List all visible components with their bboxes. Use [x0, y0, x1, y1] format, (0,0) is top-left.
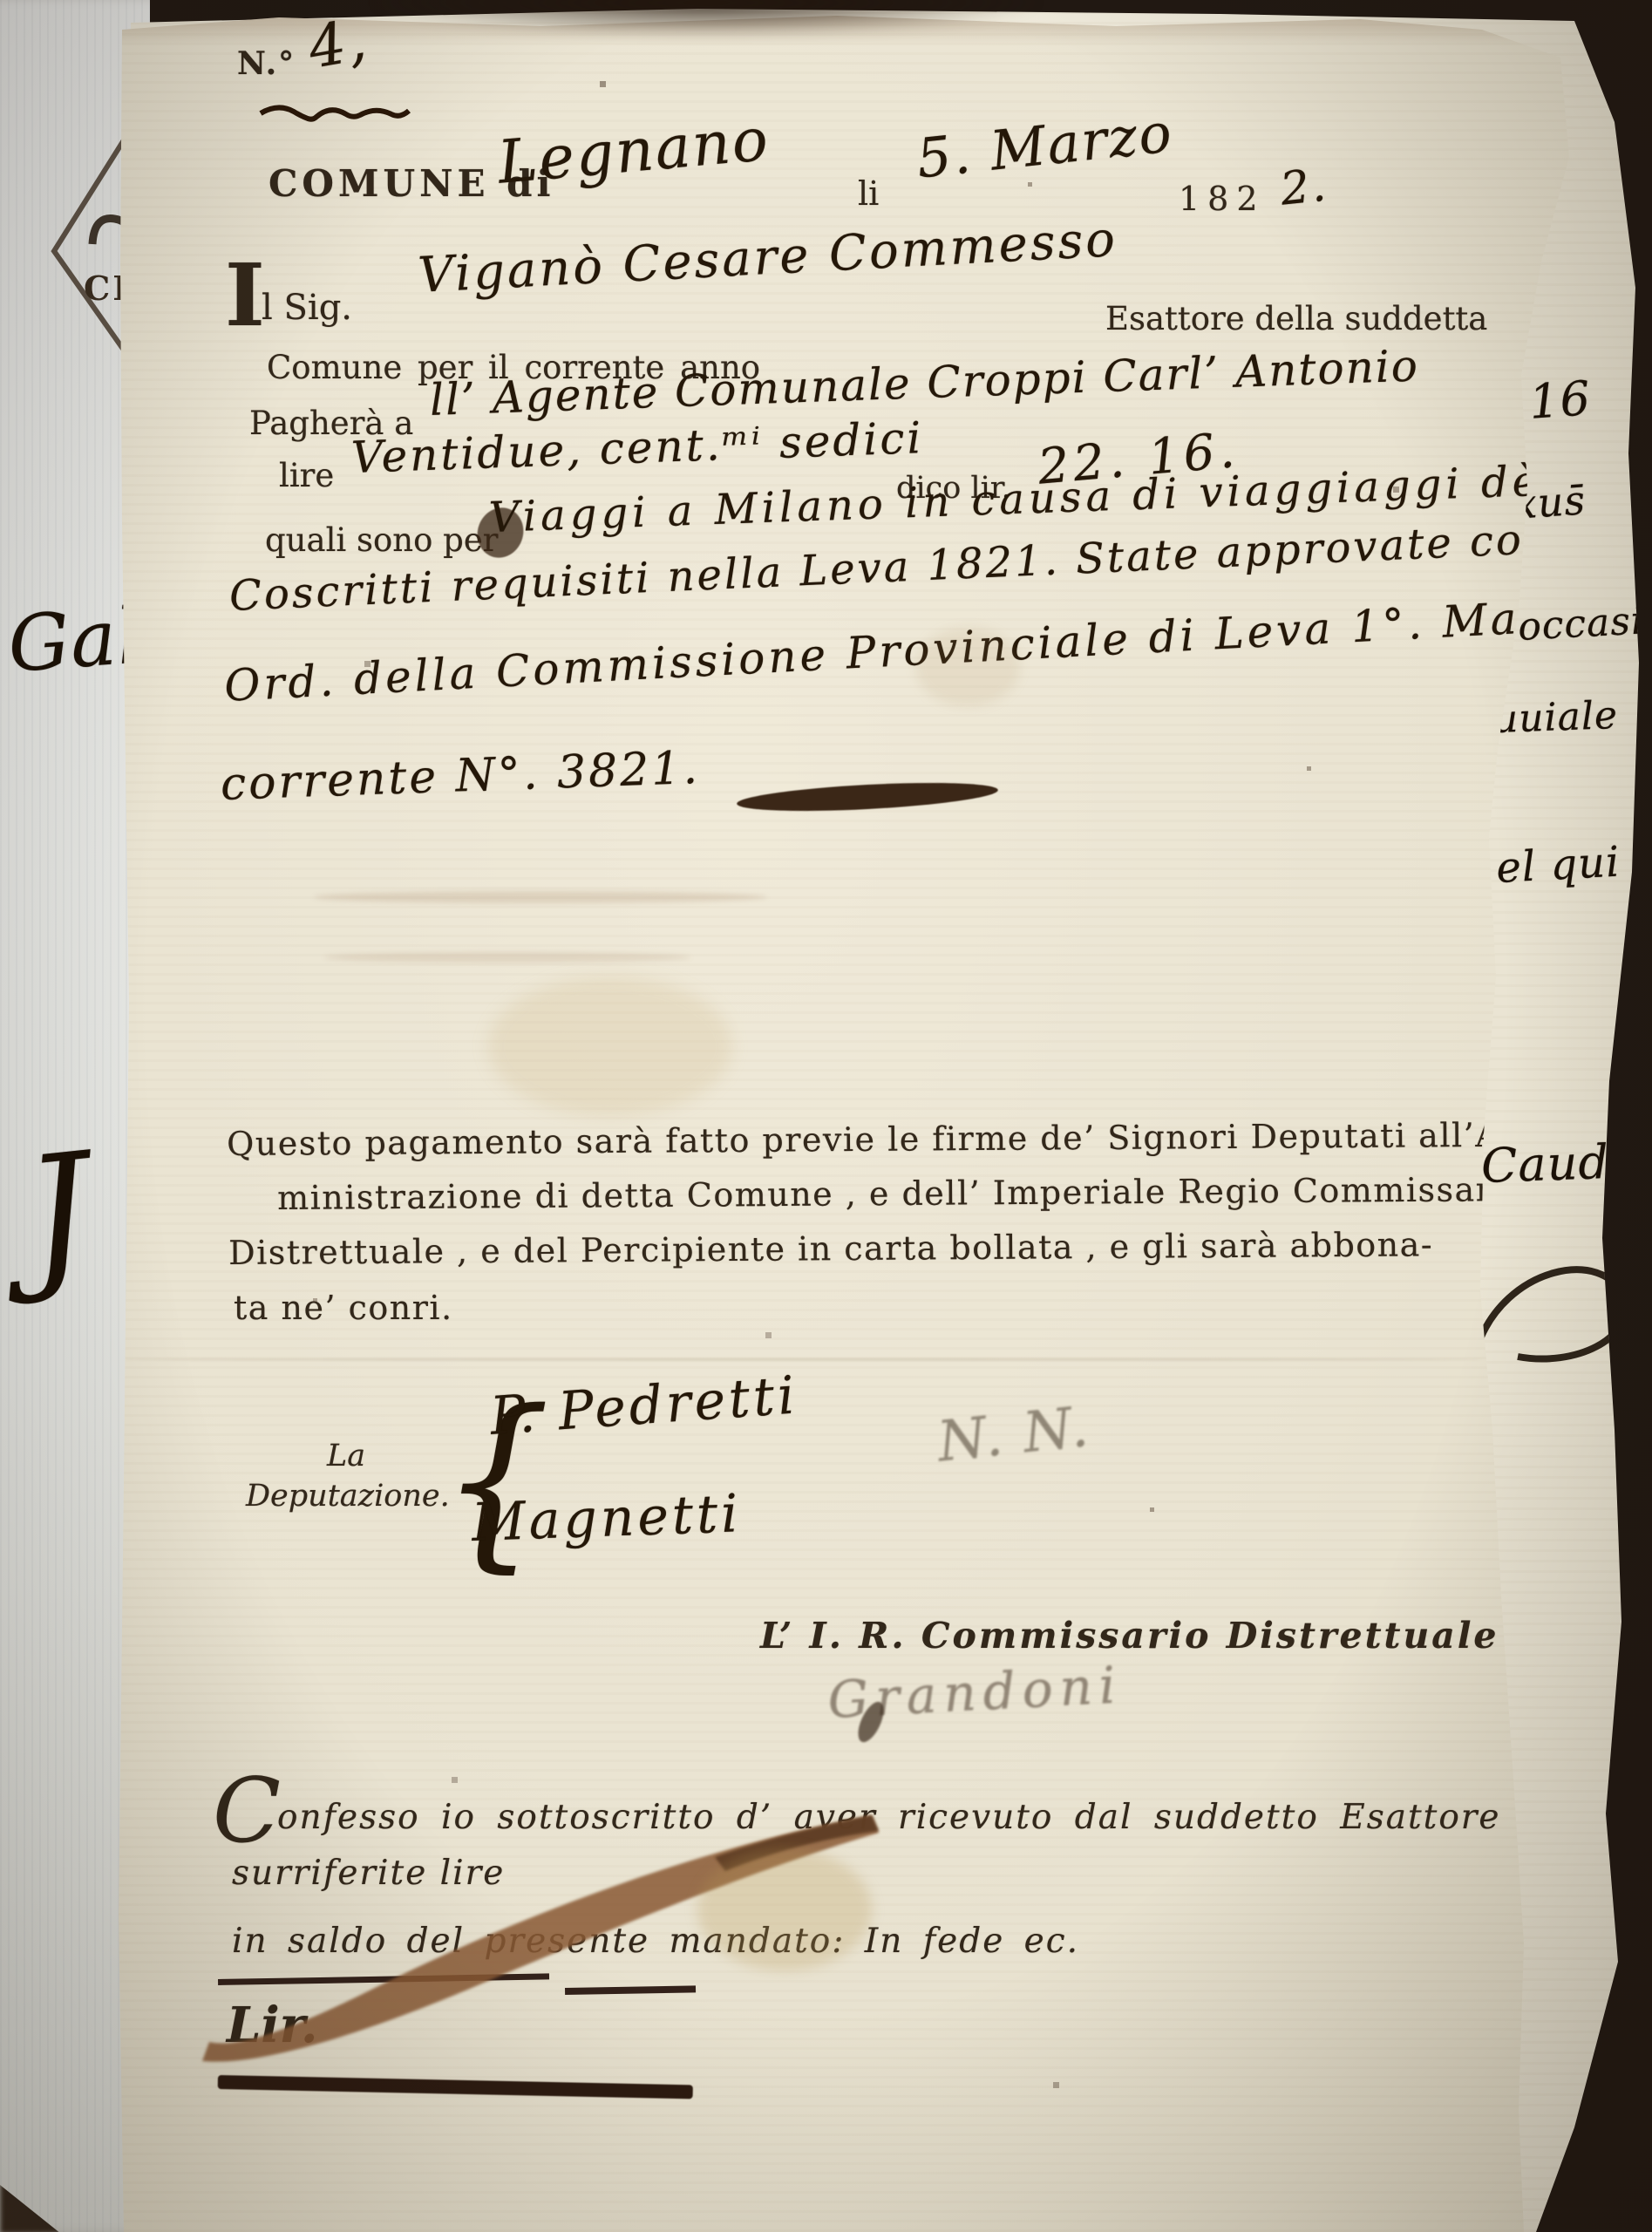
- clause-line-1: Questo pagamento sarà fatto previe le fi…: [227, 1115, 1546, 1163]
- reason-line-4: corrente N°. 3821.: [220, 742, 701, 811]
- right-fragment-16: 16: [1527, 371, 1593, 430]
- right-fragment-elqui: el qui: [1495, 838, 1621, 893]
- faint-nn-marks: N. N.: [935, 1395, 1093, 1475]
- crease-line: [122, 1358, 1482, 1361]
- deputazione-label: Deputazione.: [246, 1479, 450, 1514]
- scanned-document-photo: CF Gab J 16 xus̄ occasio uuiale el qui C…: [0, 0, 1652, 2232]
- right-fragment-uuiale: uuiale: [1492, 693, 1619, 742]
- clause-line-4: ta ne’ conri.: [234, 1289, 453, 1327]
- commissario-label: L’ I. R. Commissario Distrettuale: [760, 1615, 1499, 1657]
- paper-stain: [697, 1848, 872, 1970]
- deputato-signature-2: Magnetti: [471, 1483, 742, 1554]
- top-edge-shadow: [366, 0, 1046, 37]
- year-printed: 182: [1179, 180, 1266, 218]
- date-value: 5. Marzo: [914, 100, 1176, 190]
- comune-value: Legnano: [495, 105, 772, 198]
- number-label: N.°: [237, 45, 296, 82]
- ink-dash-smear: [736, 778, 998, 816]
- paper-stain: [488, 976, 732, 1116]
- lire-label: lire: [279, 457, 334, 494]
- date-li-label: li: [858, 174, 879, 213]
- left-margin-fragment-bottom: J: [17, 1119, 100, 1308]
- esattore-line: Esattore della suddetta: [1105, 300, 1487, 337]
- bleedthrough-streak: [314, 891, 767, 903]
- il-dropcap: I: [225, 246, 265, 346]
- paper-stain: [915, 628, 1020, 706]
- bleedthrough-streak: [324, 952, 690, 963]
- payer-name: Viganò Cesare Commesso: [417, 211, 1118, 304]
- clause-line-2: ministrazione di detta Comune , e dell’ …: [277, 1170, 1526, 1217]
- number-flourish: [257, 101, 414, 124]
- deputazione-la: La: [327, 1439, 365, 1473]
- left-bottom-shadow: [0, 2173, 61, 2232]
- il-sig-label: l Sig.: [262, 288, 352, 328]
- right-flourish: [1470, 1217, 1644, 1374]
- quali-label: quali sono per: [265, 521, 498, 559]
- main-document-sheet: N.° 4, COMUNE di Legnano li 5. Marzo 182…: [0, 0, 1652, 2232]
- clause-line-3: Distrettuale , e del Percipiente in cart…: [228, 1225, 1433, 1272]
- right-fragment-occasio: occasio: [1517, 597, 1652, 650]
- right-fragment-caud: Caud: [1480, 1134, 1610, 1194]
- year-digit: 2.: [1278, 159, 1330, 215]
